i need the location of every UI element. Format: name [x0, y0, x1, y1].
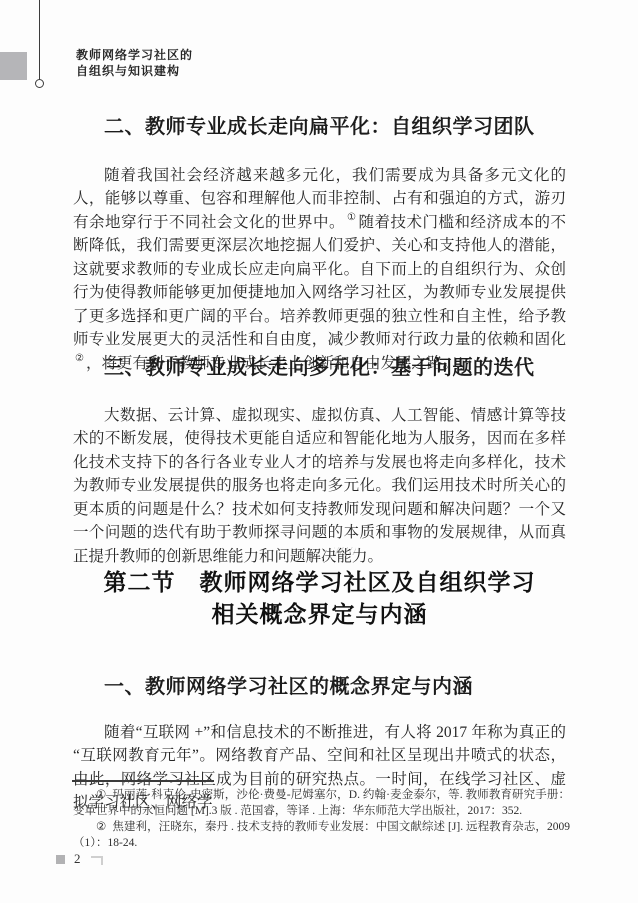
footnote-1: ①玛丽莲·科克伦-史密斯，沙伦·费曼-尼姆塞尔，D. 约翰·麦金泰尔，等. 教师… [73, 788, 570, 819]
footer-corner-ornament [91, 856, 103, 865]
footnote-2: ②焦建利，汪晓东，秦丹 . 技术支持的教师专业发展：中国文献综述 [J]. 远程… [73, 820, 570, 851]
heading-flat-growth: 二、教师专业成长走向扁平化：自组织学习团队 [104, 110, 535, 139]
footnote-2-text: 焦建利，汪晓东，秦丹 . 技术支持的教师专业发展：中国文献综述 [J]. 远程教… [73, 821, 570, 849]
p1-text-2: 随着技术门槛和经济成本的不断降低，我们需要更深层次地挖掘人们爱护、关心和支持他人… [73, 214, 566, 349]
footnotes-block: ①玛丽莲·科克伦-史密斯，沙伦·费曼-尼姆塞尔，D. 约翰·麦金泰尔，等. 教师… [73, 788, 570, 852]
paragraph-diverse-growth: 大数据、云计算、虚拟现实、虚拟仿真、人工智能、情感计算等技术的不断发展，使得技术… [73, 404, 566, 569]
paragraph-flat-growth: 随着我国社会经济越来越多元化，我们需要成为具备多元文化的人，能够以尊重、包容和理… [73, 164, 566, 376]
margin-line-end-dot [35, 79, 44, 88]
running-head-line2: 自组织与知识建构 [76, 63, 193, 79]
heading-concept-definition: 一、教师网络学习社区的概念界定与内涵 [104, 670, 473, 699]
footer-square-ornament [56, 855, 65, 864]
chapter-section-heading: 第二节 教师网络学习社区及自组织学习 相关概念界定与内涵 [73, 567, 566, 631]
page-number: 2 [74, 851, 81, 867]
chapter-heading-line2: 相关概念界定与内涵 [73, 599, 566, 631]
page-footer: 2 [56, 852, 103, 866]
running-head-line1: 教师网络学习社区的 [76, 47, 193, 63]
footnote-2-marker: ② [96, 821, 106, 833]
chapter-heading-line1: 第二节 教师网络学习社区及自组织学习 [73, 567, 566, 599]
footnote-separator-rule [72, 780, 214, 782]
margin-vertical-line [39, 0, 40, 81]
heading-diverse-growth: 三、教师专业成长走向多元化：基于问题的迭代 [104, 351, 535, 380]
footnote-1-text: 玛丽莲·科克伦-史密斯，沙伦·费曼-尼姆塞尔，D. 约翰·麦金泰尔，等. 教师教… [73, 789, 570, 817]
running-head: 教师网络学习社区的 自组织与知识建构 [76, 47, 193, 79]
footnote-1-marker: ① [96, 789, 106, 801]
book-page: 教师网络学习社区的 自组织与知识建构 二、教师专业成长走向扁平化：自组织学习团队… [0, 0, 638, 903]
footnote-ref-2: ② [73, 353, 86, 364]
left-edge-gray-block [0, 52, 27, 80]
footnote-ref-1: ① [345, 212, 358, 223]
